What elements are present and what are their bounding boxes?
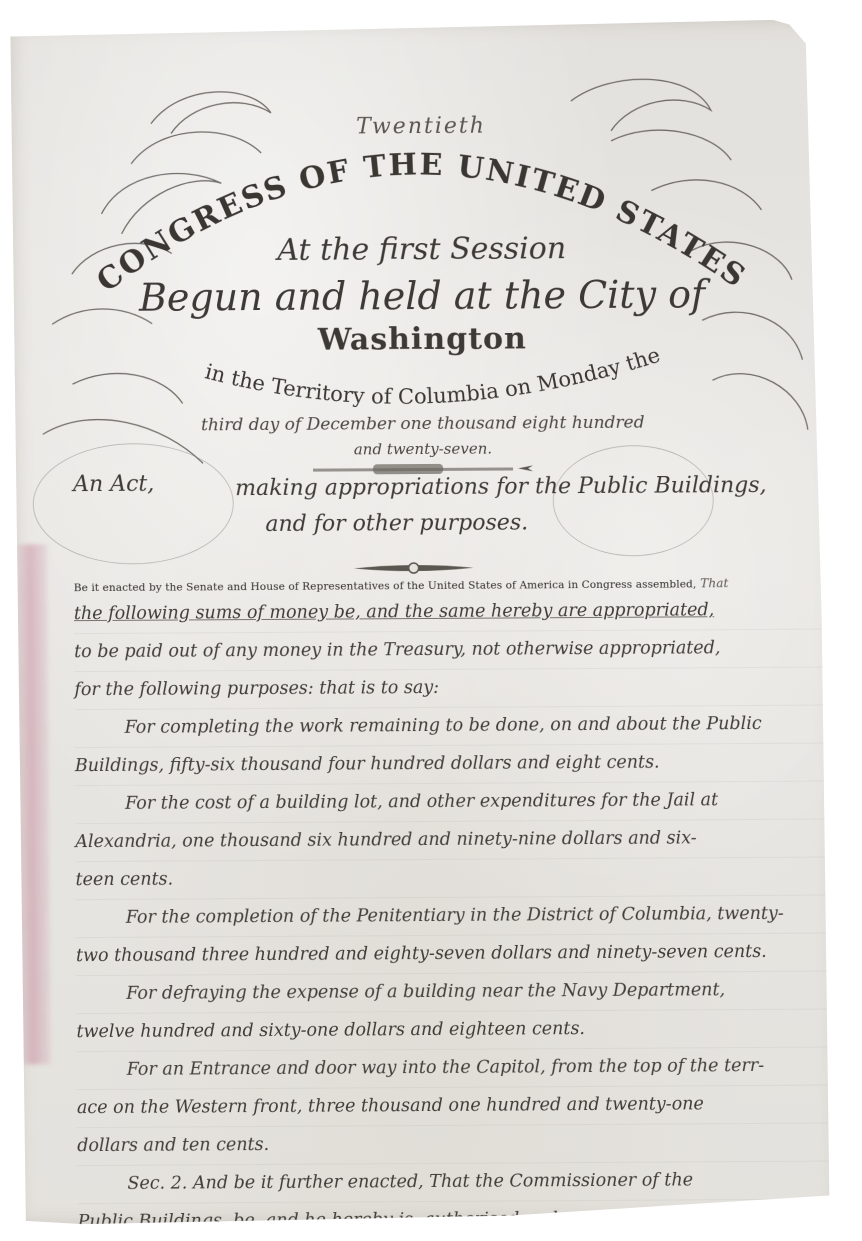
- enacting-clause-handwritten: That: [700, 576, 728, 590]
- body-line: For completing the work remaining to be …: [75, 705, 835, 748]
- body-line: for the following purposes: that is to s…: [74, 667, 834, 710]
- enacting-clause-printed: Be it enacted by the Senate and House of…: [74, 578, 697, 594]
- congress-ordinal: Twentieth: [11, 112, 831, 142]
- act-title-line-2: and for other purposes.: [235, 504, 795, 543]
- body-line: Public Buildings, be, and he hereby is, …: [78, 1199, 838, 1241]
- body-line: For the cost of a building lot, and othe…: [75, 781, 835, 824]
- act-body: the following sums of money be, and the …: [74, 591, 838, 1241]
- act-title: making appropriations for the Public Bui…: [235, 468, 795, 543]
- body-line: dollars and ten cents.: [77, 1123, 837, 1166]
- session-line: At the first Session: [12, 230, 832, 270]
- document-page: CONGRESS OF THE UNITED STATES in the Ter…: [10, 20, 837, 1225]
- act-label: An Act,: [73, 472, 154, 497]
- body-line: Alexandria, one thousand six hundred and…: [75, 819, 835, 862]
- body-line: the following sums of money be, and the …: [74, 591, 834, 634]
- body-line: two thousand three hundred and eighty-se…: [76, 933, 836, 976]
- body-line: teen cents.: [75, 857, 835, 900]
- city-name: Washington: [12, 320, 832, 360]
- catchword: caused: [755, 1204, 798, 1218]
- act-title-line-1: making appropriations for the Public Bui…: [235, 473, 767, 501]
- ink-stain: [16, 544, 51, 1064]
- begun-line: Begun and held at the City of: [12, 272, 832, 321]
- body-line: Buildings, fifty-six thousand four hundr…: [75, 743, 835, 786]
- body-line: For the completion of the Penitentiary i…: [76, 895, 836, 938]
- body-line: For an Entrance and door way into the Ca…: [77, 1047, 837, 1090]
- body-line: For defraying the expense of a building …: [76, 971, 836, 1014]
- body-line: twelve hundred and sixty-one dollars and…: [76, 1009, 836, 1052]
- arched-congress-title: CONGRESS OF THE UNITED STATES in the Ter…: [10, 20, 832, 425]
- body-line: Sec. 2. And be it further enacted, That …: [77, 1161, 837, 1204]
- body-line: ace on the Western front, three thousand…: [77, 1085, 837, 1128]
- body-line: to be paid out of any money in the Treas…: [74, 629, 834, 672]
